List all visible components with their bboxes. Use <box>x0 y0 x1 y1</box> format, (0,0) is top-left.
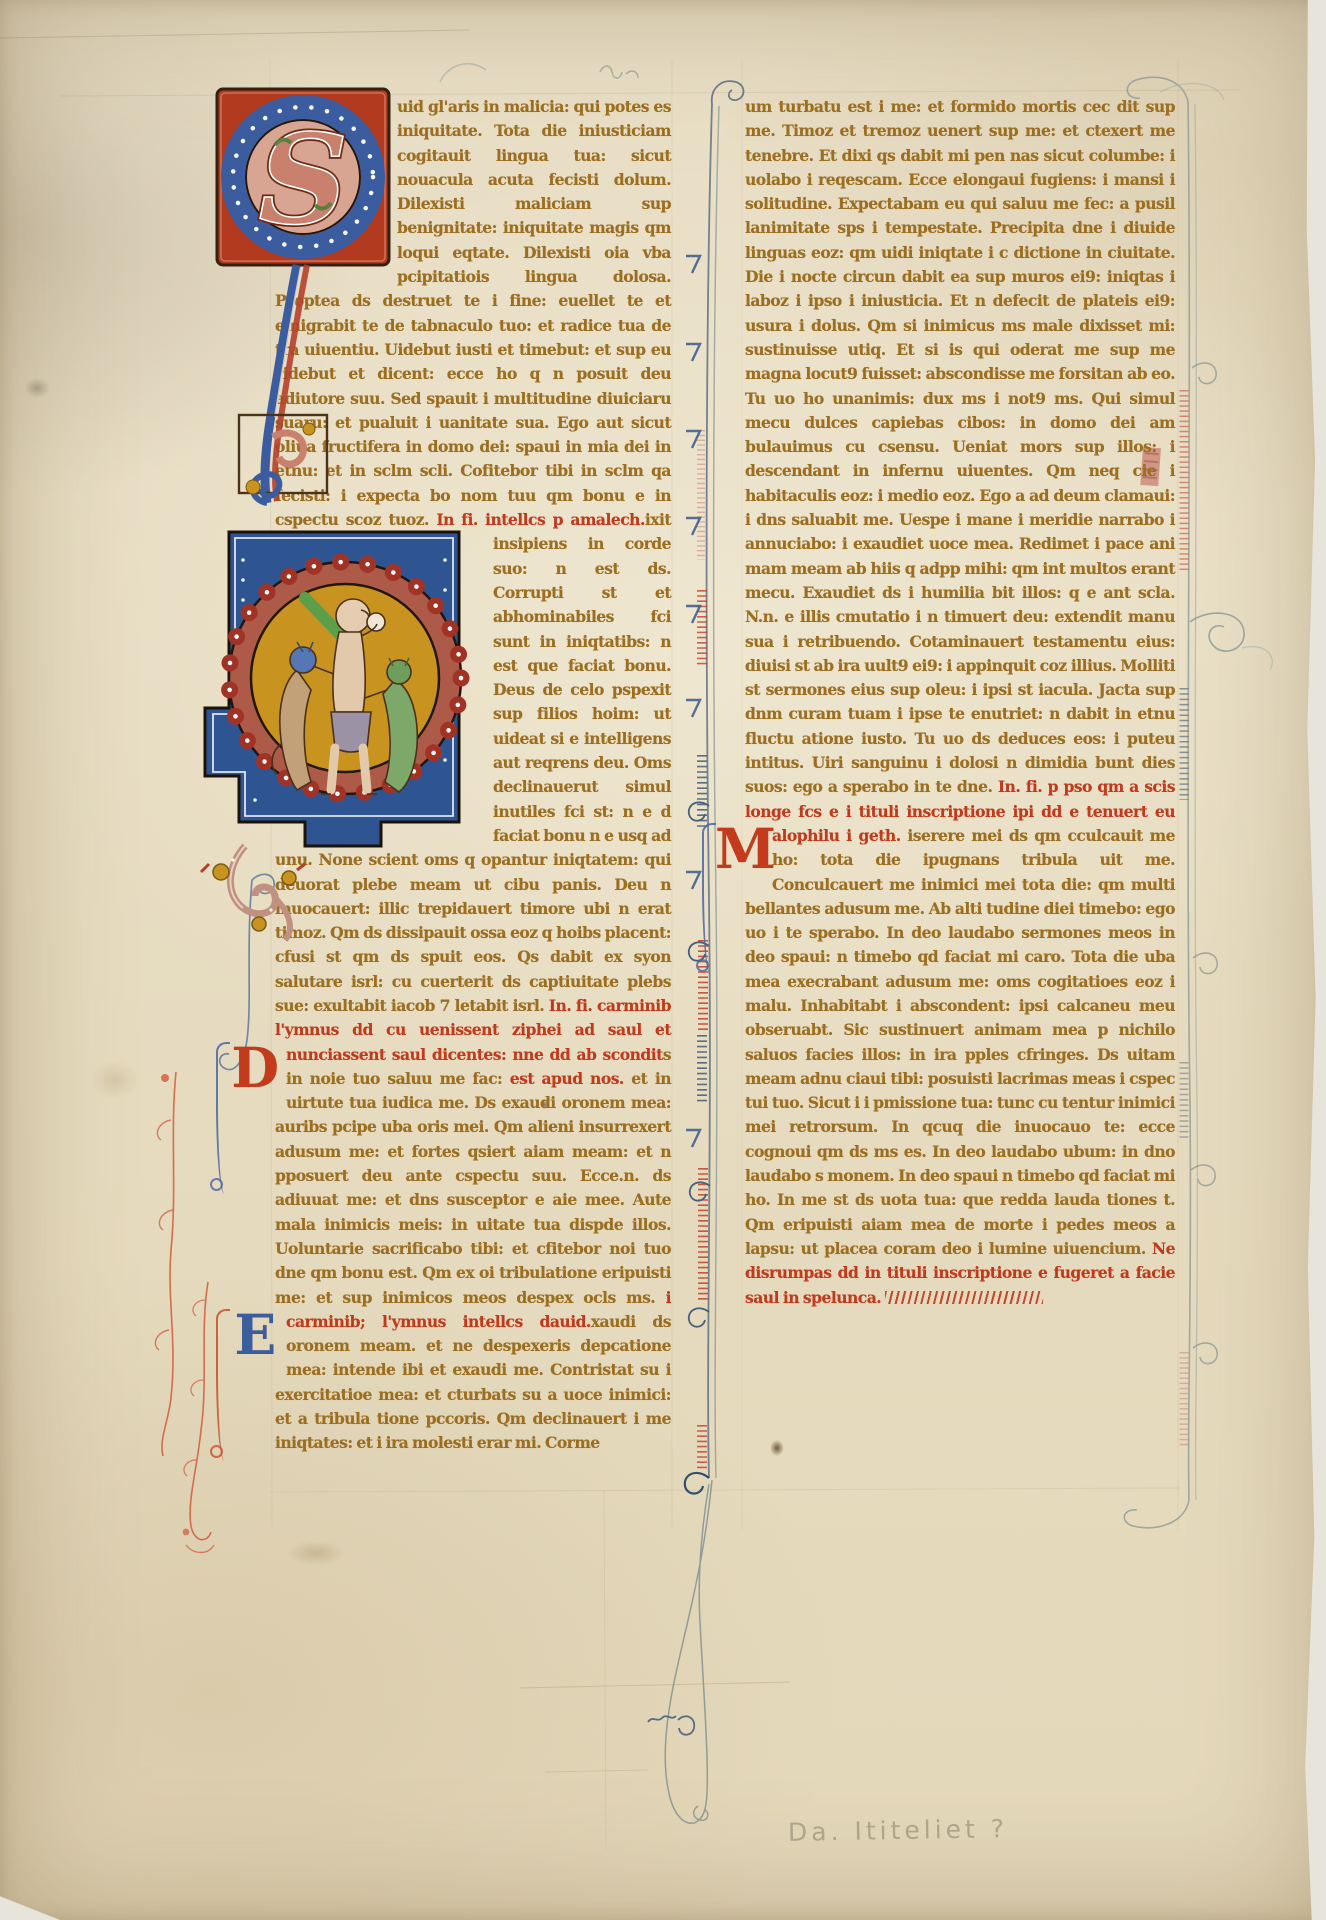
pen-flourished-drop-cap: M <box>715 827 767 875</box>
body-text: iserere mei ds qm cculcauit me ho: tota … <box>745 826 1175 1258</box>
body-text: xaudi ds oronem meam. et ne despexeris d… <box>275 1312 671 1452</box>
loaf <box>367 613 385 631</box>
pencil-inscription: Da. Ititeliet ? <box>788 1814 1009 1847</box>
svg-text:S: S <box>259 108 348 253</box>
pen-flourished-drop-cap: D <box>229 1046 281 1094</box>
initial-s-tail <box>239 265 327 503</box>
pen-flourished-drop-cap: E <box>229 1313 281 1361</box>
line-filler-squiggle <box>885 1291 1043 1304</box>
text-column-right: um turbatu est i me: et formido mortis c… <box>745 95 1175 1310</box>
historiated-initial-D <box>185 520 487 960</box>
parchment-stain <box>90 1060 140 1100</box>
parchment-stain <box>24 378 50 398</box>
illuminated-initial-S: S S <box>213 85 405 525</box>
initial-float-spacer: S S <box>275 95 397 267</box>
manuscript-page: S S uid gl'aris in malicia: qui potes es… <box>0 0 1326 1920</box>
parchment-stain <box>286 1540 346 1566</box>
initial-float-spacer <box>275 532 493 824</box>
parchment-stain <box>770 1440 784 1456</box>
initial-d-vine <box>201 846 305 940</box>
text-column-left: S S uid gl'aris in malicia: qui potes es… <box>275 95 671 1456</box>
body-text: et in uirtute tua iudica me. Ds exaudi o… <box>275 1069 671 1307</box>
page-deckled-edge <box>1300 0 1326 1920</box>
rubric-text: est apud nos. <box>510 1069 624 1088</box>
body-text: um turbatu est i me: et formido mortis c… <box>745 97 1175 796</box>
page-corner-backing <box>0 1886 60 1920</box>
